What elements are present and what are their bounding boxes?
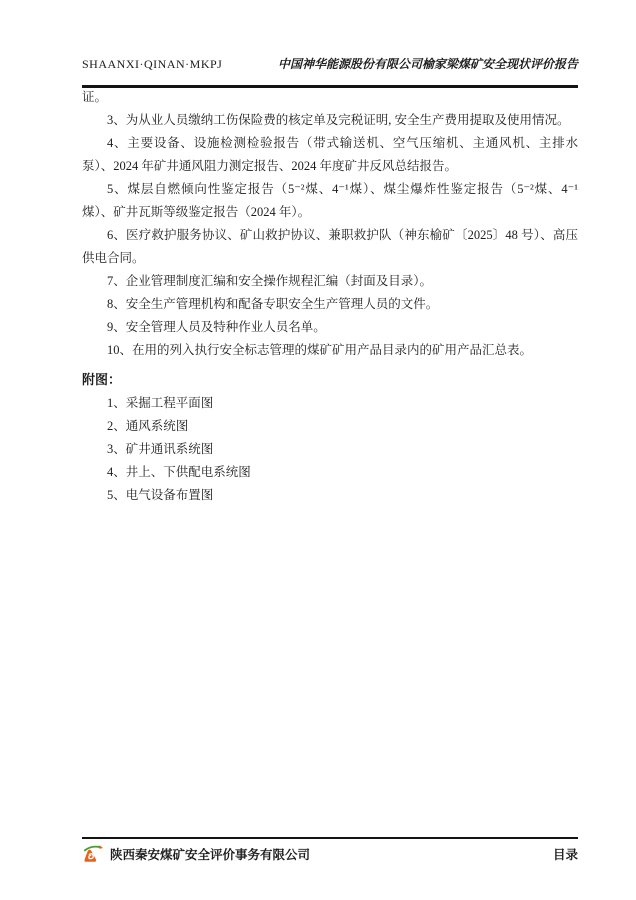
paragraph: 4、主要设备、设施检测检验报告（带式输送机、空气压缩机、主通风机、主排水泵）、2… <box>82 132 578 178</box>
page-header: SHAANXI·QINAN·MKPJ 中国神华能源股份有限公司榆家梁煤矿安全现状… <box>82 55 578 88</box>
paragraph: 3、为从业人员缴纳工伤保险费的核定单及完税证明, 安全生产费用提取及使用情况。 <box>82 109 578 132</box>
attachment-item: 5、电气设备布置图 <box>82 484 578 507</box>
header-report-title: 中国神华能源股份有限公司榆家梁煤矿安全现状评价报告 <box>278 55 578 72</box>
attachment-item: 1、采掘工程平面图 <box>82 392 578 415</box>
document-page: SHAANXI·QINAN·MKPJ 中国神华能源股份有限公司榆家梁煤矿安全现状… <box>0 0 636 900</box>
company-logo-icon <box>82 844 104 863</box>
attachment-item: 2、通风系统图 <box>82 415 578 438</box>
footer-company-block: 陕西秦安煤矿安全评价事务有限公司 <box>82 844 310 863</box>
paragraph: 9、安全管理人员及特种作业人员名单。 <box>82 316 578 339</box>
paragraph: 8、安全生产管理机构和配备专职安全生产管理人员的文件。 <box>82 293 578 316</box>
attachment-item: 4、井上、下供配电系统图 <box>82 461 578 484</box>
attachment-item: 3、矿井通讯系统图 <box>82 438 578 461</box>
paragraph: 证。 <box>82 86 578 109</box>
footer-company-name: 陕西秦安煤矿安全评价事务有限公司 <box>110 845 310 863</box>
header-left-text: SHAANXI·QINAN·MKPJ <box>82 57 222 72</box>
footer-page-label: 目录 <box>553 845 578 863</box>
document-body: 证。 3、为从业人员缴纳工伤保险费的核定单及完税证明, 安全生产费用提取及使用情… <box>82 86 578 507</box>
attachments-heading: 附图： <box>82 367 578 392</box>
page-footer: 陕西秦安煤矿安全评价事务有限公司 目录 <box>82 837 578 863</box>
paragraph: 5、煤层自燃倾向性鉴定报告（5⁻²煤、4⁻¹煤）、煤尘爆炸性鉴定报告（5⁻²煤、… <box>82 178 578 224</box>
paragraph: 10、在用的列入执行安全标志管理的煤矿矿用产品目录内的矿用产品汇总表。 <box>82 339 578 362</box>
paragraph: 6、医疗救护服务协议、矿山救护协议、兼职救护队（神东榆矿〔2025〕48 号）、… <box>82 224 578 270</box>
paragraph: 7、企业管理制度汇编和安全操作规程汇编（封面及目录）。 <box>82 270 578 293</box>
